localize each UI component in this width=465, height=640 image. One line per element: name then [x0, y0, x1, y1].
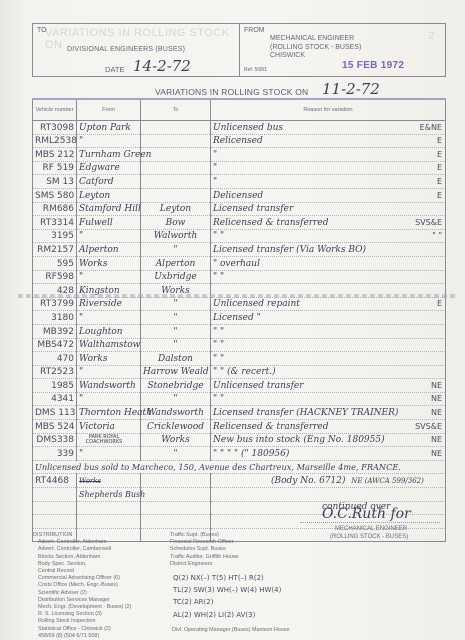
table-row: RF 519 Edgware "E — [33, 161, 446, 175]
sold-note-text: Unlicensed bus sold to Marcheco, 150, Av… — [35, 461, 401, 473]
table-row: DMS 113 Thornton Heath Wandsworth Licens… — [33, 406, 446, 420]
distribution-item: Schedules Supt. Buses — [170, 546, 239, 553]
from-cell: Leyton — [77, 188, 141, 202]
distribution-right-items: Traffic Supt. (Buses)Financial Research … — [170, 532, 239, 568]
table-row: 4341 " " " "NE — [33, 392, 446, 406]
distribution-item: District Engineers — [170, 561, 239, 568]
to-cell: Bow — [141, 216, 211, 230]
reason-text: Relicensed & transferred — [213, 422, 329, 432]
from-cell: " — [77, 392, 141, 406]
to-cell: Walworth — [141, 229, 211, 243]
reason-text: " — [213, 177, 217, 187]
vehicle-number: 595 — [33, 256, 77, 270]
from-cell: " — [77, 311, 141, 325]
from-cell: Thornton Heath — [77, 406, 141, 420]
table-row-sold-note: Unlicensed bus sold to Marcheco, 150, Av… — [33, 460, 446, 474]
to-cell: " — [141, 338, 211, 352]
distribution-counts-line: Q(2) NX(–) T(5) HT(–) R(2) — [173, 574, 264, 582]
district-code: E — [437, 135, 442, 147]
vehicle-number: RM2157 — [33, 243, 77, 257]
table-row: MBS 212 Turnham Green "E — [33, 148, 446, 162]
reason-cell: " " — [211, 338, 446, 352]
signature-name: O.C.Ruth — [322, 506, 386, 522]
table-row: 3180 " " Licensed " — [33, 311, 446, 325]
reason-cell: " " — [211, 324, 446, 338]
from-cell: Turnham Green — [77, 148, 141, 162]
reason-text: Unlicensed bus — [213, 123, 283, 133]
table-row: SM 13 Catford "E — [33, 175, 446, 189]
table-body: RT3098 Upton Park Unlicensed busE&NE RML… — [33, 121, 446, 542]
distribution-item: 458/69 (8) (504 6/71 508) — [33, 633, 131, 640]
from-cell: Fulwell — [77, 216, 141, 230]
column-header-from: From — [77, 99, 141, 121]
table-row: 595 Works Alperton " overhaul — [33, 256, 446, 270]
to-cell — [141, 161, 211, 175]
title-date: 11-2-72 — [322, 80, 380, 98]
table-row: 3195 " Walworth " "" " — [33, 229, 446, 243]
district-code: E — [437, 149, 442, 161]
reason-text: Unlicensed repaint — [213, 299, 300, 309]
reason-cell: New bus into stock (Eng No. 180955)NE — [211, 433, 446, 447]
to-cell: Alperton — [141, 256, 211, 270]
distribution-counts-line: AL(2) WH(2) LI(2) AV(3) — [173, 611, 255, 619]
to-cell: Cricklewood — [141, 420, 211, 434]
from-cell: Works — [77, 474, 141, 488]
vehicle-number: SM 13 — [33, 175, 77, 189]
date-value: 14-2-72 — [133, 57, 191, 75]
distribution-item: Distribution Services Manager — [33, 597, 131, 604]
from-value: PARK ROYAL COACHWORKS — [79, 435, 129, 445]
reason-text: " " — [213, 394, 224, 404]
to-section: VARIATIONS IN ROLLING STOCK ON TO DIVISI… — [33, 24, 240, 76]
reason-cell: " "NE — [211, 392, 446, 406]
district-code: NE (AWCA 599/362) — [351, 477, 424, 485]
to-cell: " — [141, 392, 211, 406]
reason-cell: RelicensedE — [211, 134, 446, 148]
variations-table: Vehicle number From To Reason for variat… — [32, 98, 446, 542]
date-label: DATE — [105, 65, 124, 74]
reason-cell: " " — [211, 270, 446, 284]
vehicle-number: RM686 — [33, 202, 77, 216]
table-row: MBS472 Walthamstow " " " — [33, 338, 446, 352]
from-cell: Works — [77, 256, 141, 270]
signature-suffix: for — [390, 506, 410, 522]
from-line: (ROLLING STOCK - BUSES) — [270, 44, 361, 53]
column-header-to: To — [141, 99, 211, 121]
from-cell: " — [77, 447, 141, 461]
vehicle-number: RT3799 — [33, 297, 77, 311]
distribution-counts-line: TL(2) SW(3) WH(–) W(4) HW(4) — [173, 586, 281, 594]
reference-number: Ref. 508/1 — [244, 67, 267, 73]
reason-cell: "E — [211, 161, 446, 175]
vehicle-number: RML2538 — [33, 134, 77, 148]
district-code: SVS&E — [415, 217, 442, 229]
district-code: " " — [432, 230, 442, 242]
from-cell: Works — [77, 352, 141, 366]
to-cell: " — [141, 324, 211, 338]
reason-cell: Relicensed & transferredSVS&E — [211, 420, 446, 434]
table-row: RML2538 " RelicensedE — [33, 134, 446, 148]
table-row: MBS 524 Victoria Cricklewood Relicensed … — [33, 420, 446, 434]
column-header-reason: Reason for variation — [211, 99, 446, 121]
table-row: RT2523 " Harrow Weald " " (& recert.) — [33, 365, 446, 379]
reason-text: " " — [213, 327, 224, 337]
table-row: MB392 Loughton " " " — [33, 324, 446, 338]
distribution-footer: Divl. Operating Manager (Buses) Manison … — [172, 627, 289, 633]
reason-text: New bus into stock (Eng No. 180955) — [213, 435, 385, 445]
document-title: VARIATIONS IN ROLLING STOCK ON — [155, 87, 308, 97]
reason-cell: " " (& recert.) — [211, 365, 446, 379]
table-row: RT3314 Fulwell Bow Relicensed & transfer… — [33, 216, 446, 230]
show-through-page: 2 — [428, 30, 434, 42]
reason-cell: Unlicensed busE&NE — [211, 121, 446, 135]
table-row: 339 " " " " " " (" 180956)NE — [33, 447, 446, 461]
table-row: Shepherds Bush — [33, 488, 446, 502]
reason-cell: Licensed " — [211, 311, 446, 325]
distribution-left-items: Advert. Controller, AldenhamAdvert. Cont… — [33, 539, 131, 640]
vehicle-number: 339 — [33, 447, 77, 461]
from-cell: Victoria — [77, 420, 141, 434]
vehicle-number: MB392 — [33, 324, 77, 338]
district-code: NE — [431, 434, 442, 446]
signature-title: MECHANICAL ENGINEER — [335, 526, 407, 532]
reason-text: " — [213, 150, 217, 160]
reason-cell: " "" " — [211, 229, 446, 243]
table-row: RT3799 Riverside " Unlicensed repaintE — [33, 297, 446, 311]
reason-text: Licensed " — [213, 313, 261, 323]
signature: O.C.Ruth for — [322, 506, 411, 522]
district-code: E — [437, 162, 442, 174]
district-code: E — [437, 298, 442, 310]
reason-text: Delicensed — [213, 191, 263, 201]
reason-cell: DelicensedE — [211, 188, 446, 202]
from-cell: Shepherds Bush — [77, 488, 141, 502]
to-cell — [141, 488, 211, 502]
reason-cell: " " " " (" 180956)NE — [211, 447, 446, 461]
reason-cell: Unlicensed transferNE — [211, 379, 446, 393]
reason-cell: (Body No. 6712) NE (AWCA 599/362) — [211, 474, 446, 488]
from-struck: Works — [79, 477, 101, 485]
district-code: NE — [431, 393, 442, 405]
vehicle-number: MBS 212 — [33, 148, 77, 162]
table-row: 1985 Wandsworth Stonebridge Unlicensed t… — [33, 379, 446, 393]
from-label: FROM — [244, 27, 265, 34]
table-row: RM686 Stamford Hill Leyton Licensed tran… — [33, 202, 446, 216]
district-code: NE — [431, 407, 442, 419]
distribution-item: Costs Office (Mech. Engr.-Buses) — [33, 582, 131, 589]
table-row: SMS 580 Leyton DelicensedE — [33, 188, 446, 202]
distribution-item: Traffic Supt. (Buses) — [170, 532, 239, 539]
to-cell — [141, 188, 211, 202]
reason-cell: Licensed transfer (HACKNEY TRAINER)NE — [211, 406, 446, 420]
to-cell: Stonebridge — [141, 379, 211, 393]
distribution-item: Advert. Controller, Camberwell — [33, 546, 131, 553]
distribution-item: Financial Research Officer — [170, 539, 239, 546]
table-row: RM2157 Alperton " Licensed transfer (Via… — [33, 243, 446, 257]
distribution-item: Scientific Adviser (2) — [33, 590, 131, 597]
vehicle-number: DMS338 — [33, 433, 77, 447]
vehicle-number: 3180 — [33, 311, 77, 325]
vehicle-number: RT2523 — [33, 365, 77, 379]
to-cell — [141, 121, 211, 135]
column-header-vehicle: Vehicle number — [33, 99, 77, 121]
reason-text: Licensed transfer (HACKNEY TRAINER) — [213, 408, 398, 418]
distribution-heading: DISTRIBUTION — [33, 532, 131, 539]
reason-text: Relicensed — [213, 136, 263, 146]
reason-cell — [211, 488, 446, 502]
vehicle-number: RT4468 — [33, 474, 77, 488]
table-row: DMS338 PARK ROYAL COACHWORKS Works New b… — [33, 433, 446, 447]
table-row: 470 Works Dalston " " — [33, 352, 446, 366]
reason-text: " " — [213, 354, 224, 364]
from-cell: Stamford Hill — [77, 202, 141, 216]
to-cell: Leyton — [141, 202, 211, 216]
to-cell: " — [141, 447, 211, 461]
distribution-item: Blocks Section, Aldenham — [33, 554, 131, 561]
distribution-item: Mech. Engr. (Development - Buses) (2) — [33, 604, 131, 611]
from-sender: MECHANICAL ENGINEER (ROLLING STOCK - BUS… — [270, 35, 361, 61]
to-cell: Harrow Weald — [141, 365, 211, 379]
district-code: E — [437, 190, 442, 202]
to-cell — [141, 175, 211, 189]
vehicle-number: RF598 — [33, 270, 77, 284]
reason-text: " " — [213, 272, 224, 282]
vehicle-number: RT3098 — [33, 121, 77, 135]
from-cell: Walthamstow — [77, 338, 141, 352]
reason-cell: Licensed transfer (Via Works BO) — [211, 243, 446, 257]
reason-text: (Body No. 6712) — [271, 476, 346, 486]
reason-cell: Licensed transfer — [211, 202, 446, 216]
reason-cell: Relicensed & transferredSVS&E — [211, 216, 446, 230]
vehicle-number: 3195 — [33, 229, 77, 243]
from-section: FROM MECHANICAL ENGINEER (ROLLING STOCK … — [240, 24, 445, 76]
distribution-item: Traffic Auditor, Griffith House — [170, 554, 239, 561]
signature-subtitle: (ROLLING STOCK - BUSES) — [330, 534, 408, 540]
from-cell: Alperton — [77, 243, 141, 257]
distribution-item: Rolling Stock Inspection — [33, 618, 131, 625]
from-cell: " — [77, 229, 141, 243]
to-cell: Wandsworth — [141, 406, 211, 420]
from-cell: Wandsworth — [77, 379, 141, 393]
to-cell: Uxbridge — [141, 270, 211, 284]
distribution-item: Central Record — [33, 568, 131, 575]
vehicle-number: 470 — [33, 352, 77, 366]
reason-text: " " — [213, 231, 224, 241]
vehicle-number: SMS 580 — [33, 188, 77, 202]
reason-text: Licensed transfer — [213, 204, 293, 214]
reason-text: " " — [213, 340, 224, 350]
vehicle-number: 1985 — [33, 379, 77, 393]
signature-line — [300, 522, 440, 523]
from-cell: " — [77, 365, 141, 379]
distribution-item: Statistical Office - Chiswick (2) — [33, 626, 131, 633]
to-recipient: DIVISIONAL ENGINEERS (BUSES) — [67, 46, 185, 53]
from-cell: Riverside — [77, 297, 141, 311]
to-cell: Works — [141, 433, 211, 447]
to-cell — [141, 148, 211, 162]
to-label: TO — [37, 27, 47, 34]
table-row: RT3098 Upton Park Unlicensed busE&NE — [33, 121, 446, 135]
vehicle-number: RF 519 — [33, 161, 77, 175]
reason-text: " — [213, 163, 217, 173]
distribution-item: Body Spec. Section, — [33, 561, 131, 568]
from-cell: PARK ROYAL COACHWORKS — [77, 433, 141, 447]
from-cell: Catford — [77, 175, 141, 189]
distribution-right: Traffic Supt. (Buses)Financial Research … — [170, 532, 239, 568]
sold-note-cell: Unlicensed bus sold to Marcheco, 150, Av… — [33, 460, 446, 474]
vehicle-number: MBS472 — [33, 338, 77, 352]
to-cell — [141, 474, 211, 488]
distribution-item: Advert. Controller, Aldenham — [33, 539, 131, 546]
district-code: E&NE — [420, 122, 442, 134]
district-code: SVS&E — [415, 421, 442, 433]
scan-artifact — [18, 294, 458, 298]
from-cell: Edgware — [77, 161, 141, 175]
distribution-item: R. S. Licensing Section (3) — [33, 611, 131, 618]
received-date-stamp: 15 FEB 1972 — [342, 60, 404, 71]
from-cell: " — [77, 270, 141, 284]
reason-text: " overhaul — [213, 259, 260, 269]
vehicle-number: 4341 — [33, 392, 77, 406]
vehicle-number: RT3314 — [33, 216, 77, 230]
to-cell: " — [141, 297, 211, 311]
district-code: NE — [431, 448, 442, 460]
reason-text: " " (& recert.) — [213, 367, 276, 377]
distribution-counts-line: TC(2) AR(2) — [173, 598, 213, 606]
district-code: NE — [431, 380, 442, 392]
reason-text: Licensed transfer (Via Works BO) — [213, 245, 366, 255]
reason-cell: " " — [211, 352, 446, 366]
from-cell: Loughton — [77, 324, 141, 338]
distribution-list: DISTRIBUTION Advert. Controller, Aldenha… — [33, 532, 131, 640]
to-cell: " — [141, 311, 211, 325]
reason-text: Unlicensed transfer — [213, 381, 304, 391]
table-row: RT4468 Works (Body No. 6712) NE (AWCA 59… — [33, 474, 446, 488]
from-cell: " — [77, 134, 141, 148]
from-cell: Upton Park — [77, 121, 141, 135]
reason-text: " " " " (" 180956) — [213, 449, 289, 459]
reason-text: Relicensed & transferred — [213, 218, 329, 228]
vehicle-number: DMS 113 — [33, 406, 77, 420]
table-row: RF598 " Uxbridge " " — [33, 270, 446, 284]
vehicle-number — [33, 488, 77, 502]
reason-cell: " overhaul — [211, 256, 446, 270]
district-code: E — [437, 176, 442, 188]
table-header-row: Vehicle number From To Reason for variat… — [33, 99, 446, 121]
from-line: MECHANICAL ENGINEER — [270, 35, 361, 44]
address-header: VARIATIONS IN ROLLING STOCK ON TO DIVISI… — [32, 23, 446, 77]
distribution-item: Commercial Advertising Officer (6) — [33, 575, 131, 582]
to-cell: " — [141, 243, 211, 257]
reason-cell: Unlicensed repaintE — [211, 297, 446, 311]
to-cell: Dalston — [141, 352, 211, 366]
to-cell — [141, 134, 211, 148]
reason-cell: "E — [211, 148, 446, 162]
vehicle-number: MBS 524 — [33, 420, 77, 434]
reason-cell: "E — [211, 175, 446, 189]
